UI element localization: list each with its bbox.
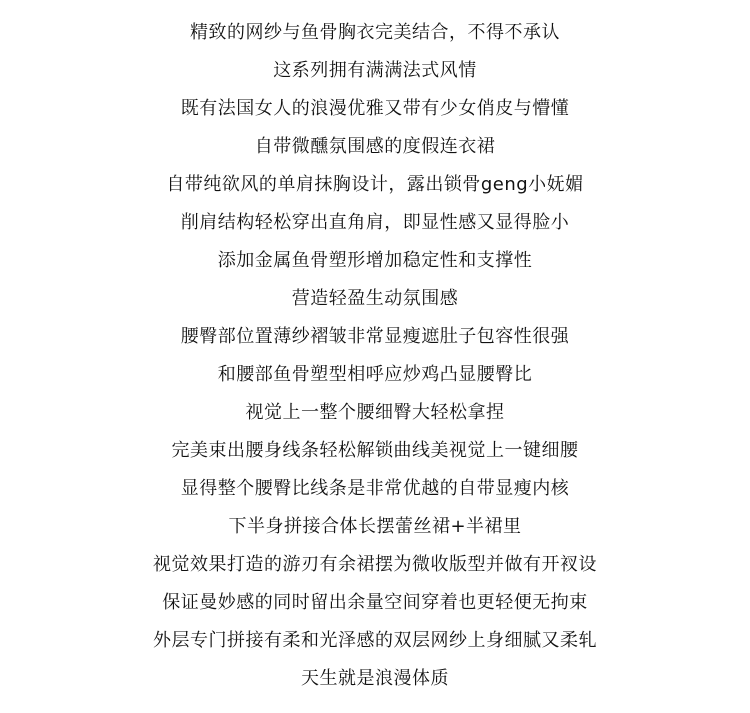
product-description: 精致的网纱与鱼骨胸衣完美结合，不得不承认 这系列拥有满满法式风情 既有法国女人的… xyxy=(0,14,750,698)
description-line-11: 视觉上一整个腰细臀大轻松拿捏 xyxy=(0,394,750,432)
description-line-9: 腰臀部位置薄纱褶皱非常显瘦遮肚子包容性很强 xyxy=(0,318,750,356)
description-line-13: 显得整个腰臀比线条是非常优越的自带显瘦内核 xyxy=(0,470,750,508)
description-line-6: 削肩结构轻松穿出直角肩，即显性感又显得脸小 xyxy=(0,204,750,242)
description-line-18: 天生就是浪漫体质 xyxy=(0,660,750,698)
description-line-3: 既有法国女人的浪漫优雅又带有少女俏皮与懵懂 xyxy=(0,90,750,128)
description-line-14: 下半身拼接合体长摆蕾丝裙+半裙里 xyxy=(0,508,750,546)
description-line-10: 和腰部鱼骨塑型相呼应炒鸡凸显腰臀比 xyxy=(0,356,750,394)
description-line-8: 营造轻盈生动氛围感 xyxy=(0,280,750,318)
description-line-15: 视觉效果打造的游刃有余裙摆为微收版型并做有开衩设 xyxy=(0,546,750,584)
description-line-2: 这系列拥有满满法式风情 xyxy=(0,52,750,90)
description-line-5: 自带纯欲风的单肩抹胸设计，露出锁骨geng小妩媚 xyxy=(0,166,750,204)
description-line-16: 保证曼妙感的同时留出余量空间穿着也更轻便无拘束 xyxy=(0,584,750,622)
description-line-1: 精致的网纱与鱼骨胸衣完美结合，不得不承认 xyxy=(0,14,750,52)
description-line-7: 添加金属鱼骨塑形增加稳定性和支撑性 xyxy=(0,242,750,280)
description-line-12: 完美束出腰身线条轻松解锁曲线美视觉上一键细腰 xyxy=(0,432,750,470)
description-line-17: 外层专门拼接有柔和光泽感的双层网纱上身细腻又柔轧 xyxy=(0,622,750,660)
description-line-4: 自带微醺氛围感的度假连衣裙 xyxy=(0,128,750,166)
